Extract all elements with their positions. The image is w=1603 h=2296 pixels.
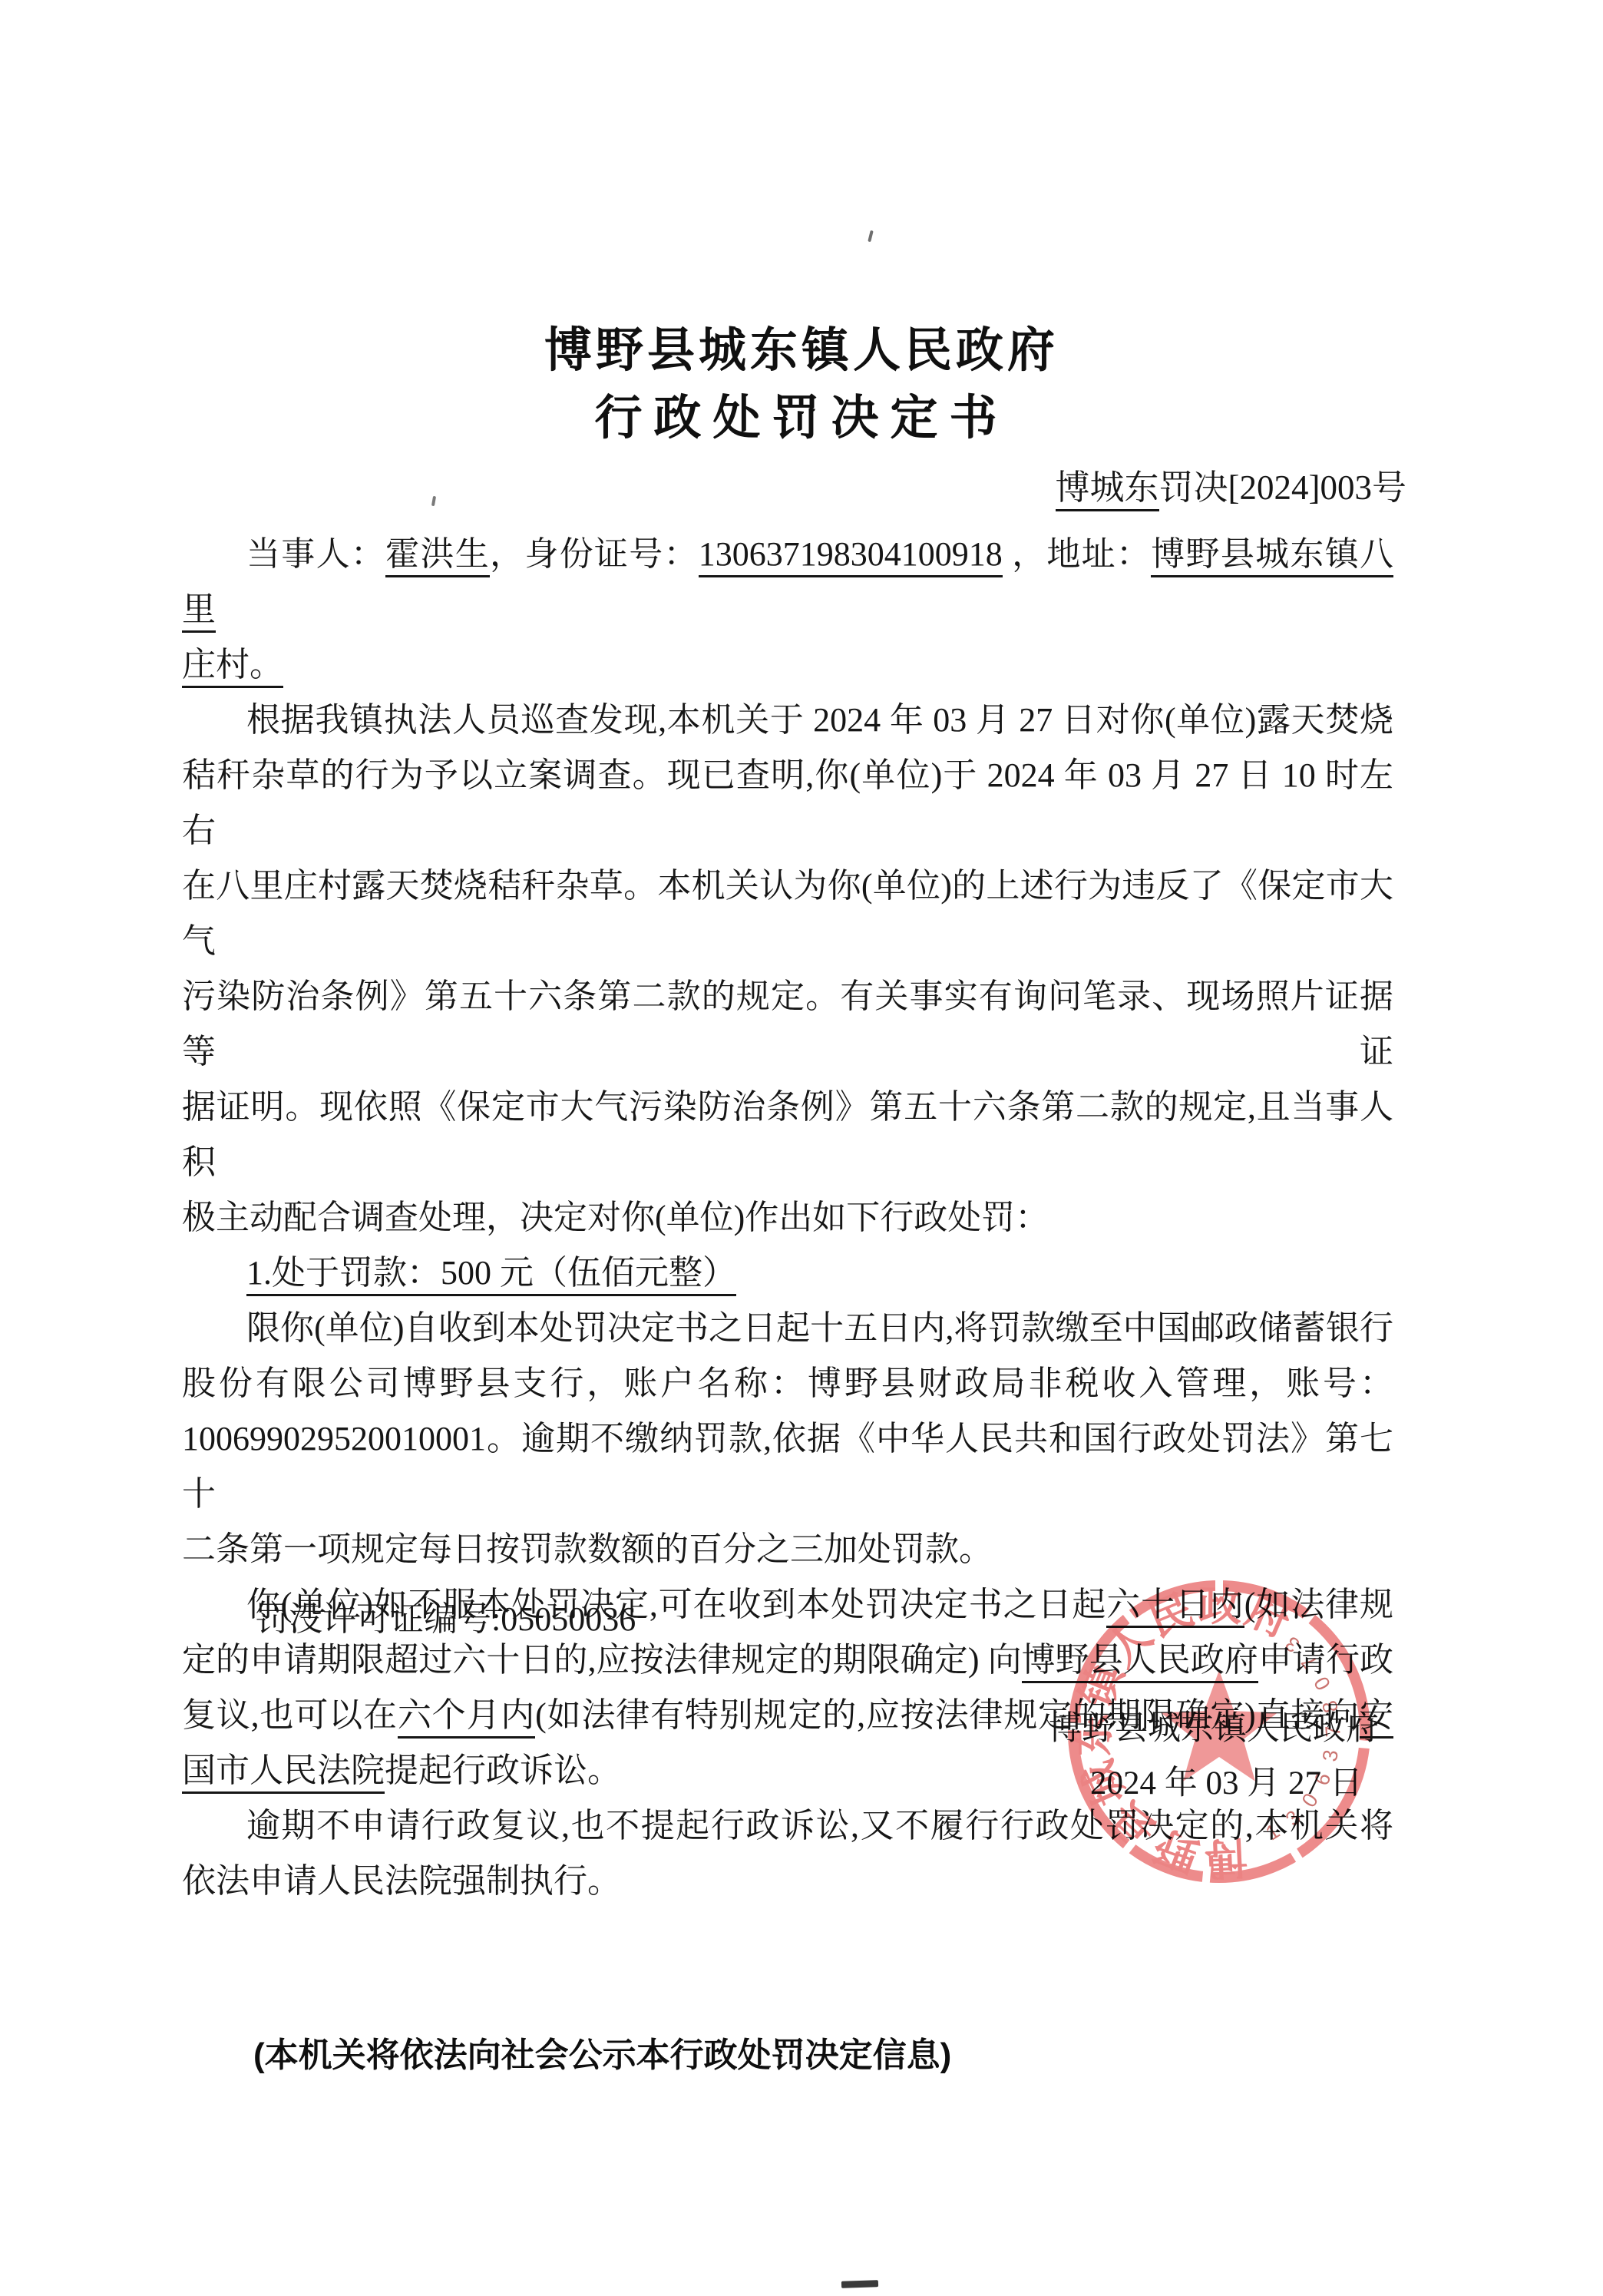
underlined-text: 庄村。 xyxy=(182,646,283,688)
text-segment: 复议,也可以在 xyxy=(182,1696,398,1734)
body-line: 当事人：霍洪生，身份证号：130637198304100918 ，地址：博野县城… xyxy=(182,527,1393,637)
document-title-type: 行政处罚决定书 xyxy=(0,379,1603,448)
body-line: 污染防治条例》第五十六条第二款的规定。有关事实有询问笔录、现场照片证据等证 xyxy=(182,969,1393,1080)
public-disclosure-note: (本机关将依法向社会公示本行政处罚决定信息) xyxy=(253,2027,951,2076)
text-segment: 据证明。现依照《保定市大气污染防治条例》第五十六条第二款的规定,且当事人积 xyxy=(182,1088,1393,1181)
underlined-text: 六个月内 xyxy=(398,1696,535,1739)
text-segment: ，身份证号： xyxy=(490,535,699,573)
document-number-rest: 罚决[2024]003号 xyxy=(1159,468,1406,507)
text-segment: 提起行政诉讼。 xyxy=(385,1752,621,1789)
scan-speck xyxy=(868,230,874,243)
body-line: 股份有限公司博野县支行，账户名称：博野县财政局非税收入管理，账号： xyxy=(182,1356,1393,1411)
text-segment: 股份有限公司博野县支行，账户名称：博野县财政局非税收入管理，账号： xyxy=(182,1365,1393,1402)
text-segment: 秸秆杂草的行为予以立案调查。现已查明,你(单位)于 2024 年 03 月 27… xyxy=(182,756,1393,849)
body-line: 1.处于罚款：500 元（伍佰元整） xyxy=(182,1246,1393,1301)
document-number: 博城东罚决[2024]003号 xyxy=(1056,459,1407,509)
body-line: 在八里庄村露天焚烧秸秆杂草。本机关认为你(单位)的上述行为违反了《保定市大气 xyxy=(182,859,1393,969)
underlined-text: 130637198304100918 xyxy=(699,535,1003,577)
text-segment: 定的申请期限超过六十日的,应按法律规定的期限确定) 向 xyxy=(182,1641,1022,1679)
text-segment: ，地址： xyxy=(1003,535,1151,573)
seal-ring-notch xyxy=(1215,1573,1223,1596)
text-segment: 限你(单位)自收到本处罚决定书之日起十五日内,将罚款缴至中国邮政储蓄银行 xyxy=(246,1309,1393,1347)
body-line: 秸秆杂草的行为予以立案调查。现已查明,你(单位)于 2024 年 03 月 27… xyxy=(182,748,1393,859)
seal-serial-number: 1306378073 xyxy=(1262,1623,1345,1845)
text-segment: 污染防治条例》第五十六条第二款的规定。有关事实有询问笔录、现场照片证据等证 xyxy=(182,978,1393,1070)
underlined-text: 1.处于罚款：500 元（伍佰元整） xyxy=(246,1254,736,1296)
seal-ring-notch xyxy=(1061,1722,1084,1731)
seal-ring-notch xyxy=(1353,1739,1377,1749)
scan-speck xyxy=(431,496,436,506)
body-line: 极主动配合调查处理，决定对你(单位)作出如下行政处罚： xyxy=(182,1190,1393,1246)
body-line: 据证明。现依照《保定市大气污染防治条例》第五十六条第二款的规定,且当事人积 xyxy=(182,1080,1393,1190)
scan-smudge xyxy=(841,2280,878,2288)
body-line: 根据我镇执法人员巡查发现,本机关于 2024 年 03 月 27 日对你(单位)… xyxy=(182,693,1393,748)
text-segment: 二条第一项规定每日按罚款数额的百分之三加处罚款。 xyxy=(182,1530,993,1568)
seal-ring-notch xyxy=(1201,1866,1211,1890)
document-title-org: 博野县城东镇人民政府 xyxy=(0,312,1603,380)
underlined-text: 霍洪生 xyxy=(385,535,490,577)
official-seal-stamp: 博野县城东镇人民政府 1306378073 xyxy=(1058,1570,1380,1893)
body-line: 二条第一项规定每日按罚款数额的百分之三加处罚款。 xyxy=(182,1522,1393,1577)
text-segment: 在八里庄村露天焚烧秸秆杂草。本机关认为你(单位)的上述行为违反了《保定市大气 xyxy=(182,867,1393,960)
text-segment: 依法申请人民法院强制执行。 xyxy=(182,1862,621,1900)
scanned-document-page: { "page": { "background": "#ffffff", "in… xyxy=(0,0,1603,2296)
text-segment: 极主动配合调查处理，决定对你(单位)作出如下行政处罚： xyxy=(182,1199,1049,1236)
underlined-text: 国市人民法院 xyxy=(182,1752,385,1794)
seal-arc-text: 博野县城东镇人民政府 xyxy=(1068,1581,1299,1884)
penalty-license-number: 罚没许可证编号:05050036 xyxy=(255,1591,636,1640)
body-line: 限你(单位)自收到本处罚决定书之日起十五日内,将罚款缴至中国邮政储蓄银行 xyxy=(182,1301,1393,1356)
text-segment: 根据我镇执法人员巡查发现,本机关于 2024 年 03 月 27 日对你(单位)… xyxy=(246,701,1393,739)
star-icon xyxy=(1161,1670,1277,1782)
text-segment: 当事人： xyxy=(246,535,385,573)
text-segment: 100699029520010001。逾期不缴纳罚款,依据《中华人民共和国行政处… xyxy=(182,1420,1393,1513)
body-line: 庄村。 xyxy=(182,637,1393,693)
body-line: 100699029520010001。逾期不缴纳罚款,依据《中华人民共和国行政处… xyxy=(182,1411,1393,1522)
document-number-prefix: 博城东 xyxy=(1056,468,1159,511)
